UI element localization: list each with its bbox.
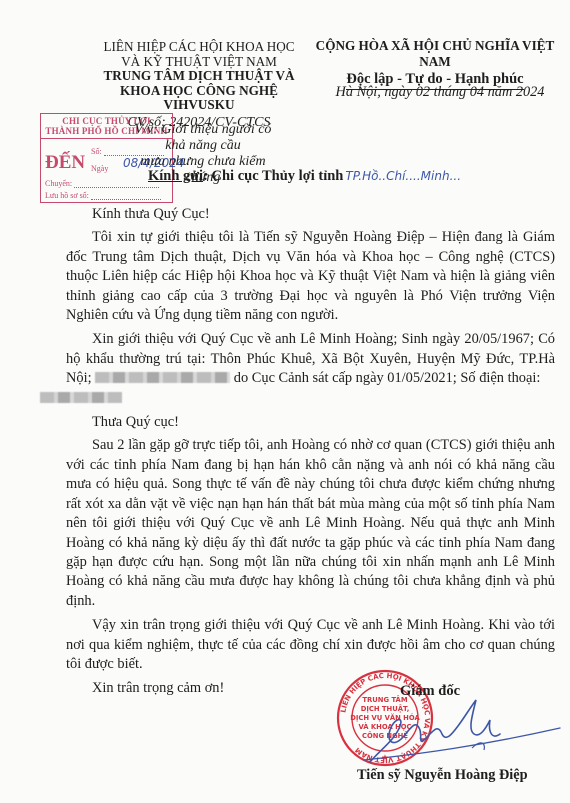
- stamp-chuyen-label: Chuyển:: [45, 179, 72, 188]
- center-line-1: TRUNG TÂM DỊCH THUẬT VÀ: [84, 69, 314, 84]
- org-line-1: LIÊN HIỆP CÁC HỘI KHOA HỌC: [84, 40, 314, 55]
- document-page: LIÊN HIỆP CÁC HỘI KHOA HỌC VÀ KỸ THUẬT V…: [0, 0, 570, 803]
- greeting-2: Thưa Quý cục!: [66, 413, 555, 432]
- handwritten-signature: [360, 690, 565, 770]
- paragraph-intro: Tôi xin tự giới thiệu tôi là Tiến sỹ Ngu…: [66, 228, 555, 325]
- national-header: CỘNG HÒA XÃ HỘI CHỦ NGHĨA VIỆT NAM Độc l…: [300, 38, 570, 90]
- paragraph-main: Sau 2 lần gặp gỡ trực tiếp tôi, anh Hoàn…: [66, 436, 555, 611]
- greeting: Kính thưa Quý Cục!: [66, 205, 555, 224]
- addressee: Kính gửi: Chi cục Thủy lợi tỉnhTP.Hồ..Ch…: [148, 168, 461, 185]
- redacted-id-number: [95, 372, 230, 383]
- stamp-ngay-label: Ngày: [91, 164, 108, 173]
- addressee-recipient: : Chi cục Thủy lợi tỉnh: [203, 168, 343, 184]
- letter-body: Kính thưa Quý Cục! Tôi xin tự giới thiệu…: [66, 205, 555, 704]
- signatory-name: Tiến sỹ Nguyễn Hoàng Điệp: [357, 767, 528, 784]
- stamp-luu-label: Lưu hồ sơ số:: [45, 191, 89, 200]
- stamp-so-label: Số:: [91, 147, 102, 156]
- redacted-phone-number: [40, 392, 122, 403]
- nation-title: CỘNG HÒA XÃ HỘI CHỦ NGHĨA VIỆT NAM: [300, 38, 570, 70]
- subject-line-1: V/v: Giới thiệu người có khả năng cầu: [128, 122, 278, 154]
- center-line-2: KHOA HỌC CÔNG NGHỆ VIHVUSKU: [84, 84, 314, 113]
- stamp-ngay-field: Ngày: [91, 164, 108, 173]
- dotted-line: [74, 187, 159, 188]
- dotted-line: [91, 199, 161, 200]
- dateline: Hà Nội, ngày 02 tháng 04 năm 2024: [310, 84, 570, 101]
- referral-text-b: do Cục Cảnh sát cấp ngày 01/05/2021; Số …: [230, 370, 540, 386]
- paragraph-referral: Xin giới thiệu với Quý Cục về anh Lê Min…: [66, 330, 555, 408]
- stamp-luu-field: Lưu hồ sơ số:: [45, 191, 161, 200]
- addressee-handwritten: TP.Hồ..Chí....Minh...: [345, 169, 461, 183]
- org-line-2: VÀ KỸ THUẬT VIỆT NAM: [84, 55, 314, 70]
- addressee-label: Kính gửi: [148, 168, 203, 184]
- paragraph-request: Vậy xin trân trọng giới thiệu với Quý Cụ…: [66, 616, 555, 674]
- stamp-den-label: ĐẾN: [45, 152, 85, 174]
